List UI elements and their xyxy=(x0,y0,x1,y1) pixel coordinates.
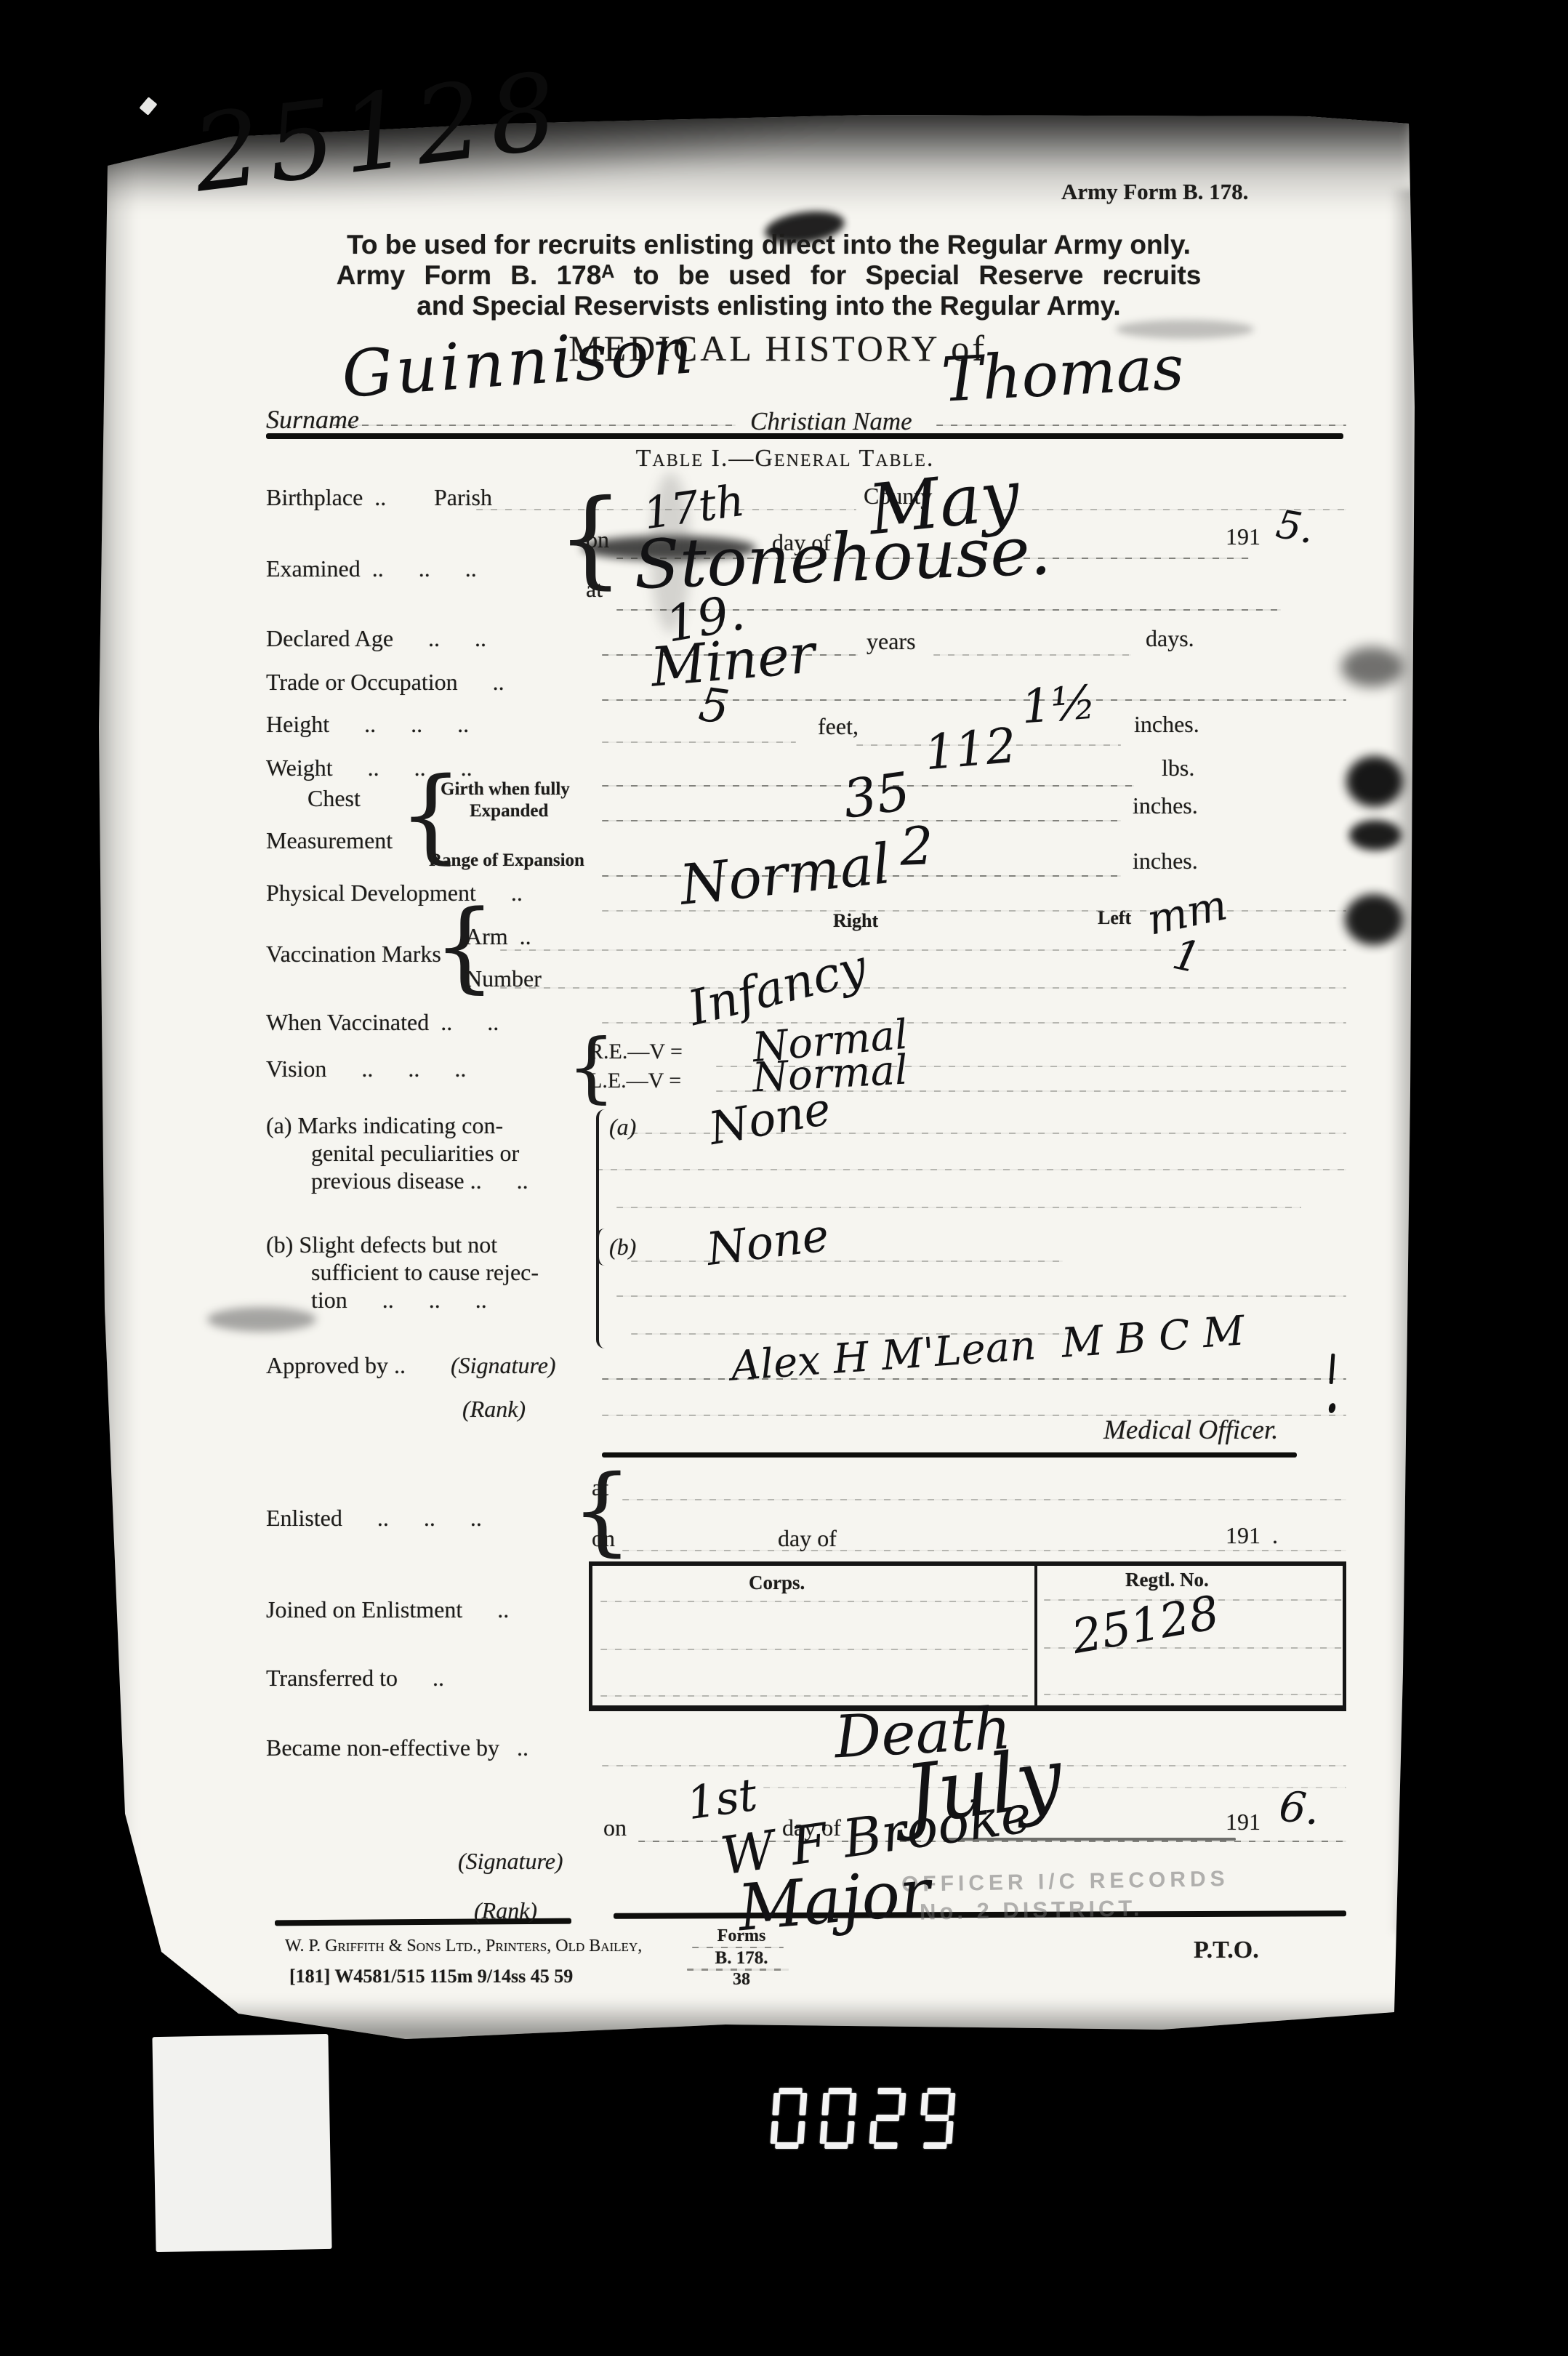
height-line-1 xyxy=(602,741,796,743)
vision-label: Vision .. .. .. xyxy=(266,1056,466,1082)
vision-le-label: L.E.—V = xyxy=(589,1069,681,1093)
forms-block-line3: 38 xyxy=(694,1970,789,1990)
film-speck xyxy=(139,97,157,116)
defects-b-value: None xyxy=(704,1213,832,1272)
final-year-print: 191 xyxy=(1226,1809,1261,1836)
years-label: years xyxy=(867,628,916,655)
notice-line-3: and Special Reservists enlisting into th… xyxy=(218,291,1319,321)
christian-name-value: Thomas xyxy=(940,337,1185,410)
marks-a-line1: (a) Marks indicating con- xyxy=(266,1112,503,1139)
days-line xyxy=(933,654,1131,656)
defects-b-line2: sufficient to cause rejec- xyxy=(311,1259,539,1286)
approved-signature-line xyxy=(602,1378,1346,1380)
trade-value: Miner xyxy=(648,627,817,694)
girth-label-line1: Girth when fully xyxy=(441,779,570,800)
vaccination-marks-label: Vaccination Marks xyxy=(266,941,441,968)
blank-card xyxy=(152,2034,331,2252)
marks-a-line-2 xyxy=(596,1169,1346,1170)
final-on-label: on xyxy=(603,1814,627,1841)
approved-by-label: Approved by .. xyxy=(266,1352,411,1379)
when-vaccinated-label: When Vaccinated .. .. xyxy=(266,1009,499,1036)
examined-place-value: Stonehouse. xyxy=(633,518,1053,599)
approved-rank-label: (Rank) xyxy=(462,1396,526,1423)
range-unit: inches. xyxy=(1133,848,1198,875)
defects-b-bracket xyxy=(596,1229,611,1348)
trade-label: Trade or Occupation .. xyxy=(266,669,504,696)
height-label: Height .. .. .. xyxy=(266,711,469,738)
parish-label: Parish xyxy=(434,484,492,511)
counter-digit xyxy=(819,2088,857,2149)
examined-on-label: on xyxy=(586,526,609,553)
enlisted-dayof-label: day of xyxy=(778,1525,837,1552)
counter-digit xyxy=(770,2088,808,2149)
enlisted-label: Enlisted .. .. .. xyxy=(266,1505,482,1532)
final-year-value: 6. xyxy=(1277,1785,1322,1830)
marks-a-tag: (a) xyxy=(609,1114,636,1141)
notice-line-2: Army Form B. 178ᴬ to be used for Special… xyxy=(218,260,1319,291)
enlisted-year-print: 191 . xyxy=(1226,1522,1278,1549)
examined-at-label: at xyxy=(586,576,603,603)
arm-line xyxy=(500,949,1346,951)
inches-label: inches. xyxy=(1134,711,1199,738)
marks-a-line2: genital peculiarities or xyxy=(311,1140,519,1167)
range-label: Range of Expansion xyxy=(429,851,584,871)
christian-name-label: Christian Name xyxy=(750,407,912,436)
arm-label: Arm .. xyxy=(465,923,531,950)
print-code: [181] W4581/515 115m 9/14ss 45 59 xyxy=(289,1966,573,1987)
corps-header: Corps. xyxy=(749,1572,805,1594)
girth-unit: inches. xyxy=(1133,792,1198,819)
examined-year-value: 5. xyxy=(1274,504,1317,550)
girth-label-line2: Expanded xyxy=(470,801,548,821)
ink-stain xyxy=(1346,756,1403,807)
medical-officer-label: Medical Officer. xyxy=(1103,1415,1278,1446)
defects-b-line-2 xyxy=(616,1295,1346,1297)
box-divider xyxy=(1034,1566,1037,1705)
regtl-header: Regtl. No. xyxy=(1125,1569,1209,1591)
final-day-value: 1st xyxy=(684,1772,760,1827)
examined-year-print: 191 xyxy=(1226,523,1261,550)
defects-b-tag: (b) xyxy=(609,1234,636,1261)
declared-age-label: Declared Age .. .. xyxy=(266,625,486,652)
non-effective-label: Became non-effective by .. xyxy=(266,1734,528,1761)
corps-regtl-box xyxy=(589,1561,1346,1711)
forms-block-line2: B. 178. xyxy=(694,1948,789,1969)
closing-rank-value: Major xyxy=(736,1860,933,1941)
days-label: days. xyxy=(1146,625,1194,652)
ink-stain xyxy=(1345,894,1403,945)
number-line xyxy=(500,987,1346,989)
chest-word1: Chest xyxy=(307,785,361,812)
defects-b-line3: tion .. .. .. xyxy=(311,1287,487,1314)
marks-a-line-3 xyxy=(616,1207,1301,1208)
counter-digit xyxy=(869,2088,906,2149)
enlisted-on-line xyxy=(622,1550,1346,1551)
defects-b-line-1 xyxy=(631,1261,1063,1262)
right-label: Right xyxy=(833,910,878,932)
enlisted-at-line xyxy=(622,1499,1346,1500)
closing-signature-label: (Signature) xyxy=(458,1848,563,1875)
defects-b-line1: (b) Slight defects but not xyxy=(266,1231,497,1258)
records-stamp-line2: No. 2 DISTRICT. xyxy=(920,1895,1143,1925)
vision-re-label: R.E.—V = xyxy=(589,1040,683,1064)
number-label: Number xyxy=(465,965,542,992)
left-label: Left xyxy=(1098,907,1131,929)
ink-stain xyxy=(1341,647,1403,687)
lbs-label: lbs. xyxy=(1162,755,1194,781)
marks-a-line3: previous disease .. .. xyxy=(311,1167,528,1194)
approved-signature-label: (Signature) xyxy=(451,1352,556,1379)
pto-label: P.T.O. xyxy=(1194,1937,1259,1964)
section-rule xyxy=(602,1452,1297,1458)
christian-name-line xyxy=(936,425,1346,426)
transferred-to-label: Transferred to .. xyxy=(266,1665,444,1692)
printer-imprint: W. P. Griffith & Sons Ltd., Printers, Ol… xyxy=(285,1937,642,1956)
counter-digit xyxy=(918,2088,956,2149)
enlisted-on-label: on xyxy=(592,1525,615,1552)
joined-on-enlistment-label: Joined on Enlistment .. xyxy=(266,1596,509,1623)
left-edge-shading xyxy=(86,102,137,2044)
microfilm-scan-page: 25128 Army Form B. 178. To be used for r… xyxy=(0,0,1568,2356)
closing-rank-label: (Rank) xyxy=(474,1897,537,1924)
frame-counter-display xyxy=(770,2088,956,2149)
birthplace-label: Birthplace .. xyxy=(266,484,386,511)
chest-word2: Measurement xyxy=(266,827,393,854)
range-value: 2 xyxy=(899,819,934,873)
right-edge-shading xyxy=(1390,189,1416,1934)
surname-line xyxy=(333,425,736,426)
feet-label: feet, xyxy=(818,713,859,740)
examined-label: Examined .. .. .. xyxy=(266,555,477,582)
height-inches-value: 1½ xyxy=(1020,679,1098,731)
weight-value: 112 xyxy=(922,722,1018,778)
notice-line-1: To be used for recruits enlisting direct… xyxy=(218,230,1319,260)
gray-smudge xyxy=(207,1307,316,1332)
form-reference: Army Form B. 178. xyxy=(1061,179,1248,205)
ink-stain xyxy=(1349,820,1402,851)
